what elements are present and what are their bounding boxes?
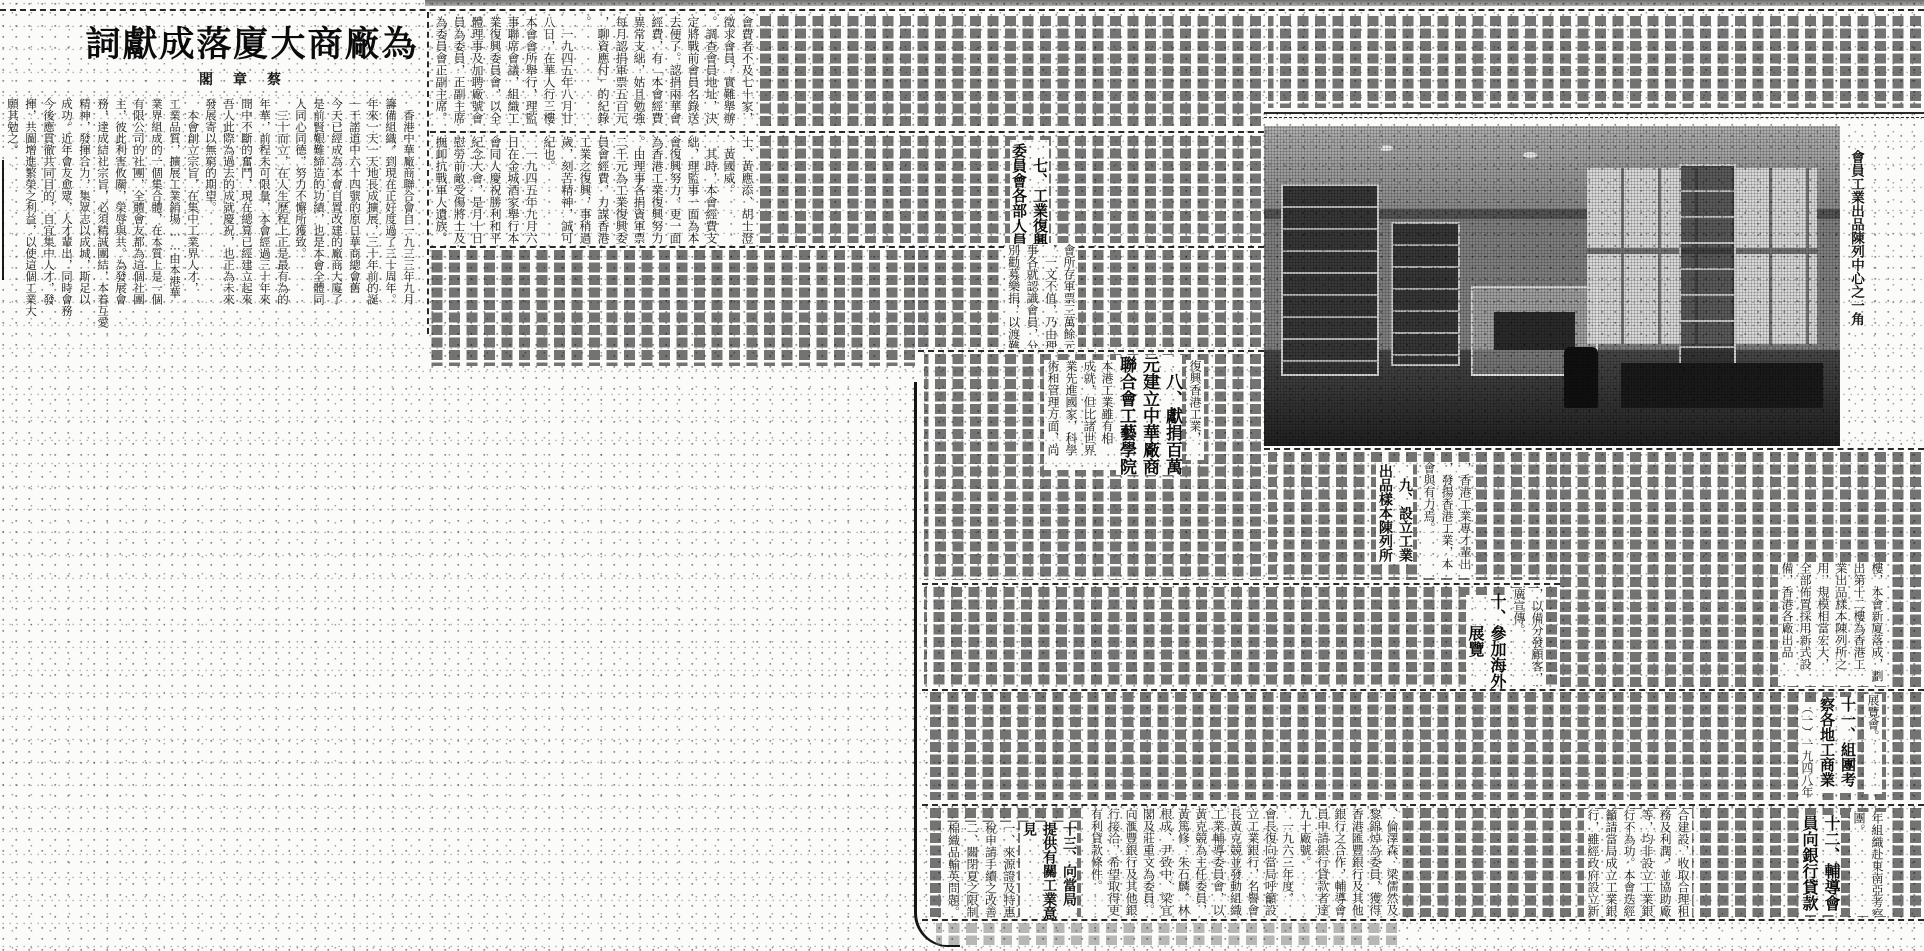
- tier-rule: [922, 804, 1924, 806]
- lead-article-body: 香港中華廠商聯合會自一九三三年九月籌備組織，到現在正好度過了三十周年。年來一天一…: [4, 98, 418, 330]
- heading-column: 展覽: [1466, 625, 1485, 657]
- text-column: 發展寄以無窮的期望。: [202, 98, 220, 330]
- photo-top-rule: [1264, 112, 1924, 118]
- tier-rule: [430, 246, 1264, 248]
- text-column: 本會創立宗旨，在集中工業界人才，: [184, 98, 202, 330]
- text-column: 其時，本會經費支: [702, 136, 720, 244]
- text-column: 會同人慶祝勝利和平: [486, 136, 504, 244]
- text-column: 工業之復興，事稍過: [576, 136, 594, 244]
- illegible-text-columns: [918, 250, 1264, 347]
- headline: 為廠商大廈落成獻詞: [84, 22, 420, 68]
- section-11-heading: 十一、組團考察各地工商業: [1818, 697, 1857, 793]
- text-column: 揮，共圖增進繁榮之利益，以使這個工業大: [22, 98, 40, 330]
- tier-rule: [1264, 448, 1924, 450]
- section-8-heading: 八、獻捐百萬元建立中華廠商聯合會工藝學院: [1116, 355, 1182, 475]
- text-column: 徵求會員，實難舉辦: [720, 16, 738, 130]
- text-column: 務，達成結社宗旨，必須精誠團結，本着互愛: [94, 98, 112, 330]
- scan-edge-shadow: [425, 0, 1924, 6]
- text-column: 籲請當局成立工業銀: [1602, 809, 1620, 917]
- text-column: ，發揚香港工業，本: [1438, 462, 1456, 578]
- text-column: 。由理事各捐資軍票: [630, 136, 648, 244]
- heading-column: 七、工業復興: [1031, 158, 1049, 248]
- text-column: 行不為功。本會迭經: [1620, 809, 1638, 917]
- heading-column: 十、參加海外: [1488, 593, 1507, 689]
- text-column: 員申請銀行貸款者達: [1313, 808, 1330, 918]
- text-column: 展覽會。: [1864, 694, 1882, 794]
- heading-column: 員向銀行貸款: [1800, 815, 1819, 911]
- section-8-body: 本港工業雖有相成就，但比諸世界業先進國家，科學術和管理方面，尚: [1044, 360, 1116, 470]
- text-column: 九十廠號。: [1296, 808, 1313, 918]
- heading-column: 察各地工商業: [1818, 697, 1836, 787]
- text-column: 銀行之合作，輔導會: [1330, 808, 1347, 918]
- text-column: 定將戰前會員名錄送: [684, 16, 702, 130]
- text-column: 樓，本會新廈落成，劃: [1868, 562, 1886, 686]
- text-column: 為香港工業復興努力: [648, 136, 666, 244]
- exhibition-photo: [1264, 126, 1840, 446]
- heading-column: 出品樣本陳列所: [1376, 464, 1393, 562]
- text-column: 員會經費，力謀香港: [594, 136, 612, 244]
- text-column: 人同心同德，努力不懈所獲致。: [292, 98, 310, 330]
- text-column: 為委員會正副主席。: [432, 16, 450, 130]
- tier-rule: [430, 131, 1264, 133]
- text-column: 根成、尹致中、梁宜: [1157, 808, 1174, 918]
- illegible-text-columns-cut: [936, 923, 1400, 945]
- text-column: 業出品樣本陳列所之: [1832, 562, 1850, 686]
- section-12-body-a: 合建設，收取合理租務及利潤，並協助廠等，均非設立工業銀行不為功。本會迭經籲請當局…: [1584, 809, 1692, 917]
- heading-column: 聯合會工藝學院: [1116, 356, 1136, 475]
- text-column: 二、關閉夏之限制: [963, 822, 982, 918]
- text-column: 向滙豐銀行及其他銀: [1122, 808, 1139, 918]
- illegible-text-columns: [760, 16, 1264, 128]
- text-column: ，以備分發顧客，以: [1528, 588, 1546, 686]
- text-column: 紀也。: [540, 136, 558, 244]
- text-column: 復興香港工業，: [1186, 360, 1204, 460]
- heading-column: 十二、輔導會: [1822, 815, 1841, 911]
- text-column: 精神，發揮合力，集眾志以成城，斯足以: [76, 98, 94, 330]
- text-column: 體理事及加聘廠號會: [468, 16, 486, 130]
- text-column: 工業品質，擴展工業銷場……由本港華: [166, 98, 184, 330]
- illegible-text-columns: [924, 692, 1924, 800]
- section-11-closing: 年組織赴東南亞考察團。: [1850, 812, 1886, 916]
- text-column: 歲，刻苦精神，誠可: [558, 136, 576, 244]
- text-column: 等，均非設立工業銀: [1638, 809, 1656, 917]
- text-column: 術和管理方面，尚: [1044, 360, 1062, 470]
- text-column: 籌備組織，到現在正好度過了三十周年。: [382, 98, 400, 330]
- text-column: 。: [576, 16, 594, 130]
- section-8-closing: ，香港工業專才輩出，發揚香港工業，本會與有力焉。: [1420, 462, 1474, 578]
- text-column: 一九四五年九月六: [522, 136, 540, 244]
- text-column: ，香港工業專才輩出: [1456, 462, 1474, 578]
- photo-halftone: [1264, 126, 1840, 446]
- section-10-closing: 展覽會。: [1864, 694, 1882, 794]
- text-column: 香港匯豐銀行及其他: [1348, 808, 1365, 918]
- text-column: 全部佈置採用新式設: [1796, 562, 1814, 686]
- text-column: 棉織品輸英問題。: [944, 822, 963, 918]
- text-column: 今後應貫徹共同目的，自宜集中人才，發: [40, 98, 58, 330]
- illegible-text-columns: [430, 250, 918, 366]
- text-column: 今天已經成為本會自置改建的廠商大廈了: [328, 98, 346, 330]
- text-column: 別勸募樂捐，以渡難: [1004, 244, 1023, 348]
- text-column: 稅申請手續之改善。: [981, 822, 1000, 918]
- text-column: 黃篤修、朱石麟、林: [1174, 808, 1191, 918]
- section-12-body-b: 、倫澤森、梁儒然及黎錦焯為委員，獲得香港匯豐銀行及其他銀行之合作，輔導會員申請銀…: [1086, 808, 1400, 918]
- history-block-a: 會費者不及七十家，徵求會員，實難舉辦。調查會員地址，決定將戰前會員名錄送去便了。…: [432, 16, 756, 130]
- heading-column: 八、獻捐百萬: [1162, 373, 1182, 475]
- text-column: 八日，在華人行三樓: [540, 16, 558, 130]
- text-column: 願其勉之。: [4, 98, 22, 330]
- text-column: 間中不斷的奮鬥，現在總算已經建立起來: [238, 98, 256, 330]
- text-column: 立工業銀行，名譽會: [1243, 808, 1260, 918]
- text-column: 每月認捐軍票五百元: [612, 16, 630, 130]
- text-column: 年來一天一天地長成擴展，三十年前的誕: [364, 98, 382, 330]
- top-rule: [0, 9, 1924, 11]
- text-column: 日在金城酒家舉行本: [504, 136, 522, 244]
- text-column: 員為委員，正副主席: [450, 16, 468, 130]
- text-column: 長黃克競並發動組織: [1226, 808, 1243, 918]
- heading-column: 元建立中華廠商: [1139, 356, 1159, 475]
- heading-column: 九、設立工業: [1396, 478, 1413, 562]
- text-column: 合建設，收取合理租: [1674, 809, 1692, 917]
- illegible-text-columns: [924, 587, 1560, 687]
- section-7-heading: 七、工業復興委員會各部人員: [1010, 140, 1049, 248]
- text-column: 會長復向當局呼籲設: [1261, 808, 1278, 918]
- text-column: 行，雖經政府設立新: [1584, 809, 1602, 917]
- history-block-b: 士、黃應添、胡士澄、黃國威。 其時，本會經費支絀，理監事一面為本會復興努力，更一…: [432, 136, 756, 244]
- section-13-body: 一、來源證及特惠稅申請手續之改善。二、關閉夏之限制棉織品輸英問題。: [944, 822, 1018, 918]
- text-column: 一九六三年度，: [1278, 808, 1295, 918]
- text-column: 本港工業雖有相: [1098, 360, 1116, 470]
- text-column: 事聯席會議，組織工: [504, 16, 522, 130]
- text-column: ，聊資應付」的紀錄: [594, 16, 612, 130]
- text-column: 、黃國威。: [720, 136, 738, 244]
- text-column: 主，彼此利害攸關，榮辱與共。為發展會: [112, 98, 130, 330]
- heading-column: 見: [1020, 822, 1037, 836]
- text-column: 去便了。認捐兩華會: [666, 16, 684, 130]
- text-column: 事各就認識會員，分: [1023, 244, 1042, 348]
- text-column: 團。: [1850, 812, 1868, 916]
- section-9-closing: ，以備分發顧客，以廣宣傳。: [1510, 588, 1546, 686]
- text-column: 撫卹抗戰軍人遺族。: [432, 136, 450, 244]
- text-column: 業先進國家，科學: [1062, 360, 1080, 470]
- text-column: 年華，前程未可限量，本會經過三十年來: [256, 98, 274, 330]
- text-column: 工業輔導委員會，以: [1209, 808, 1226, 918]
- text-column: 會與有力焉。: [1420, 462, 1438, 578]
- text-column: 成功。近年會友愈眾，人才輩出，同時會務: [58, 98, 76, 330]
- photo-caption: 會員工業出品陳列中心之一角: [1846, 150, 1866, 342]
- section-10-heading: 十、參加海外展覽: [1466, 595, 1507, 687]
- text-column: ｜干諾道中六十四號的原日華商總會舊: [346, 98, 364, 330]
- text-column: 年組織赴東南亞考察: [1868, 812, 1886, 916]
- text-column: （一）一九四八年: [1798, 702, 1816, 800]
- section-7-body: 會所存軍票三萬餘元，一文不值，乃由理事各就認識會員，分別勸募樂捐，以渡難: [1004, 244, 1078, 348]
- text-column: 會復興努力，更一面: [666, 136, 684, 244]
- illegible-text-columns: [1268, 452, 1560, 580]
- text-column: 經費，有「本會經費: [648, 16, 666, 130]
- text-column: 異常支絀，姑且勉強: [630, 16, 648, 130]
- text-column: 絀，理監事一面為本: [684, 136, 702, 244]
- text-column: 成就，但比諸世界: [1080, 360, 1098, 470]
- text-column: 閣及莊重文為委員。: [1139, 808, 1156, 918]
- text-column: 備，香港各廠出品: [1778, 562, 1796, 686]
- text-column: 一九四五年八月廿: [558, 16, 576, 130]
- text-column: 有限公司的社團，全體會友都為這個社團: [130, 98, 148, 330]
- illegible-text-columns: [1268, 16, 1924, 108]
- column-rule-vertical: [427, 12, 429, 334]
- text-column: 紀念大會，是月十日: [468, 136, 486, 244]
- heading-column: 十三、向當局: [1060, 822, 1077, 906]
- text-column: 行接洽，希望取得更: [1104, 808, 1121, 918]
- byline-author: 蔡章閣: [190, 70, 310, 90]
- text-column: 。調查會員地址，決: [702, 16, 720, 130]
- text-column: 出第十二樓為香港工: [1850, 562, 1868, 686]
- tier-rule: [922, 919, 1924, 921]
- text-column: 業復興委員會，以全: [486, 16, 504, 130]
- text-column: ，一文不值，乃由理: [1041, 244, 1060, 348]
- text-column: 是前賢艱難締造的功績，也是本會全體同: [310, 98, 328, 330]
- text-column: 黃克競為主任委員，: [1191, 808, 1208, 918]
- text-column: 、倫澤森、梁儒然及: [1383, 808, 1400, 918]
- text-column: 慰勞前敵受傷將士及: [450, 136, 468, 244]
- section-13-heading: 十三、向當局提供有關工業意見: [1020, 822, 1077, 918]
- text-column: 用，規模相當宏大，: [1814, 562, 1832, 686]
- text-column: 吾人此際為過去的成就慶祝，也正為未來: [220, 98, 238, 330]
- text-column: 士、黃應添、胡士澄: [738, 136, 756, 244]
- section-11-body: （一）一九四八年: [1798, 702, 1816, 800]
- section-8-body-right: 復興香港工業，: [1186, 360, 1204, 460]
- text-column: 本會會所舉行，理監: [522, 16, 540, 130]
- text-column: 有利貸款條件。: [1087, 808, 1104, 918]
- section-9-body: 樓，本會新廈落成，劃出第十二樓為香港工業出品樣本陳列所之用，規模相當宏大，全部佈…: [1778, 562, 1886, 686]
- text-column: 香港中華廠商聯合會自一九三三年九月: [400, 98, 418, 330]
- text-column: 業界組成的一個集合體，在本質上是一個: [148, 98, 166, 330]
- section-9-heading: 九、設立工業出品樣本陳列所: [1376, 462, 1413, 562]
- heading-column: 十一、組團考: [1839, 697, 1857, 787]
- text-column: 一、來源證及特惠: [1000, 822, 1019, 918]
- text-column: 會所存軍票三萬餘元: [1060, 244, 1079, 348]
- text-column: 會費者不及七十家，: [738, 16, 756, 130]
- tier-rule: [918, 350, 1264, 352]
- text-column: 三十而立，在人生歷程上正是最有為的: [274, 98, 292, 330]
- heading-column: 委員會各部人員: [1010, 143, 1028, 248]
- text-column: 廣宣傳。: [1510, 588, 1528, 686]
- section-12-heading: 十二、輔導會員向銀行貸款: [1800, 815, 1841, 915]
- tier-rule: [922, 583, 1560, 585]
- heading-column: 提供有關工業意: [1040, 822, 1057, 920]
- text-column: 務及利潤，並協助廠: [1656, 809, 1674, 917]
- text-column: 黎錦焯為委員，獲得: [1365, 808, 1382, 918]
- text-column: 二千元為工業復興委: [612, 136, 630, 244]
- tier-rule: [922, 689, 1924, 691]
